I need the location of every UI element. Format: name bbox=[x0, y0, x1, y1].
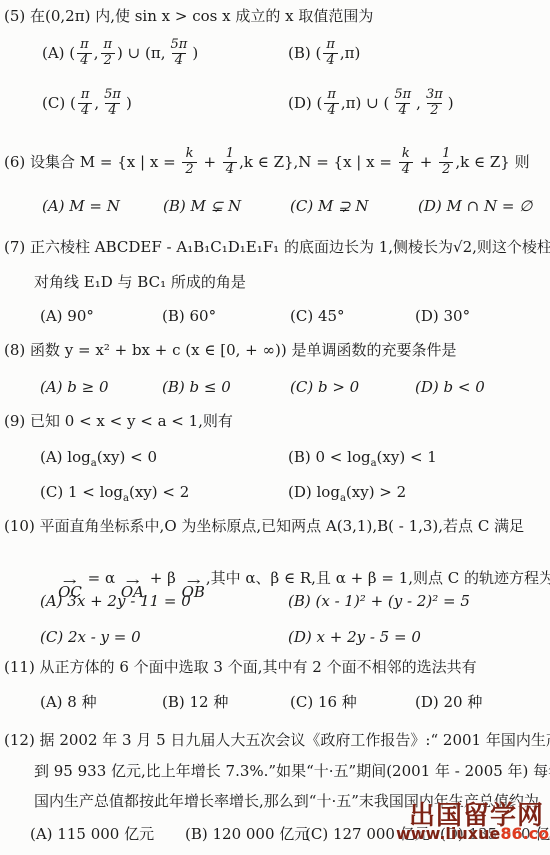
option-text: (C) 1 < log bbox=[40, 483, 123, 501]
q7-stem-line1: (7) 正六棱柱 ABCDEF - A₁B₁C₁D₁E₁F₁ 的底面边长为 1,… bbox=[4, 237, 550, 257]
q5-option-d: (D) (π4,π) ∪ (5π4,3π2) bbox=[288, 84, 454, 122]
q5-option-b: (B) (π4,π) bbox=[288, 34, 360, 72]
option-text: (B) ( bbox=[288, 43, 321, 63]
option-text: ,π) ∪ ( bbox=[341, 93, 389, 113]
option-text: ,π) bbox=[340, 43, 360, 63]
q12-option-a: (A) 115 000 亿元 bbox=[30, 824, 154, 844]
stem-text: + β bbox=[145, 569, 181, 587]
fraction-5pi-4: 5π4 bbox=[101, 88, 124, 118]
option-text: , bbox=[416, 93, 421, 113]
fraction-5pi-4: 5π4 bbox=[391, 88, 414, 118]
q10-option-a: (A) 3x + 2y - 11 = 0 bbox=[40, 591, 191, 611]
q9-option-a: (A) loga(xy) < 0 bbox=[40, 447, 157, 474]
q9-stem: (9) 已知 0 < x < y < a < 1,则有 bbox=[4, 411, 233, 431]
option-text: ) bbox=[448, 93, 454, 113]
q10-option-b: (B) (x - 1)² + (y - 2)² = 5 bbox=[288, 591, 470, 611]
q8-option-c: (C) b > 0 bbox=[290, 377, 359, 397]
q6-option-b: (B) M ⊊ N bbox=[163, 196, 241, 216]
q11-option-b: (B) 12 种 bbox=[162, 692, 228, 712]
exam-page: (5) 在(0,2π) 内,使 sin x > cos x 成立的 x 取值范围… bbox=[0, 0, 550, 855]
stem-text: + bbox=[199, 152, 221, 172]
q9-option-d: (D) loga(xy) > 2 bbox=[288, 482, 406, 509]
q11-stem: (11) 从正方体的 6 个面中选取 3 个面,其中有 2 个面不相邻的选法共有 bbox=[4, 657, 477, 677]
q11-option-a: (A) 8 种 bbox=[40, 692, 97, 712]
watermark-url-prefix: www.liuxue bbox=[396, 824, 500, 843]
fraction-1-4: 14 bbox=[223, 147, 237, 177]
q8-option-a: (A) b ≥ 0 bbox=[40, 377, 109, 397]
stem-text: ,k ∈ Z} 则 bbox=[455, 152, 529, 172]
fraction-pi-2: π2 bbox=[101, 38, 116, 68]
q12-stem-line2: 到 95 933 亿元,比上年增长 7.3%.”如果“十·五”期间(2001 年… bbox=[34, 761, 550, 781]
option-text: (xy) > 2 bbox=[346, 483, 406, 501]
q9-option-b: (B) 0 < loga(xy) < 1 bbox=[288, 447, 437, 474]
fraction-pi-4: π4 bbox=[323, 38, 338, 68]
fraction-k-4: k4 bbox=[399, 147, 413, 177]
q5-stem: (5) 在(0,2π) 内,使 sin x > cos x 成立的 x 取值范围… bbox=[4, 6, 373, 26]
q6-option-d: (D) M ∩ N = ∅ bbox=[418, 196, 532, 216]
fraction-5pi-4: 5π4 bbox=[167, 38, 190, 68]
q7-stem-line2: 对角线 E₁D 与 BC₁ 所成的角是 bbox=[34, 272, 246, 292]
vector-arrow-icon: → bbox=[63, 578, 77, 585]
q5-option-a: (A) (π4,π2) ∪ (π,5π4) bbox=[42, 34, 198, 72]
fraction-pi-4: π4 bbox=[78, 88, 93, 118]
q12-stem-line1: (12) 据 2002 年 3 月 5 日九届人大五次会议《政府工作报告》:“ … bbox=[4, 730, 550, 750]
option-text: (B) 0 < log bbox=[288, 448, 371, 466]
vector-arrow-icon: → bbox=[186, 578, 200, 585]
q12-option-b: (B) 120 000 亿元 bbox=[185, 824, 309, 844]
option-text: (D) ( bbox=[288, 93, 322, 113]
q6-option-a: (A) M = N bbox=[42, 196, 120, 216]
stem-text: = α bbox=[83, 569, 120, 587]
option-text: ) ∪ (π, bbox=[117, 43, 165, 63]
q10-option-d: (D) x + 2y - 5 = 0 bbox=[288, 627, 421, 647]
option-text: (A) ( bbox=[42, 43, 75, 63]
stem-text: ,其中 α、β ∈ R,且 α + β = 1,则点 C 的轨迹方程为 bbox=[206, 569, 550, 587]
q11-option-d: (D) 20 种 bbox=[415, 692, 482, 712]
vector-arrow-icon: → bbox=[126, 578, 140, 585]
option-text: , bbox=[94, 93, 99, 113]
fraction-pi-4: π4 bbox=[324, 88, 339, 118]
q8-option-d: (D) b < 0 bbox=[415, 377, 485, 397]
q10-stem-line1: (10) 平面直角坐标系中,O 为坐标原点,已知两点 A(3,1),B( - 1… bbox=[4, 516, 524, 536]
option-text: (xy) < 2 bbox=[129, 483, 189, 501]
q9-option-c: (C) 1 < loga(xy) < 2 bbox=[40, 482, 189, 509]
q5-option-c: (C) (π4,5π4) bbox=[42, 84, 132, 122]
option-text: ) bbox=[126, 93, 132, 113]
q8-option-b: (B) b ≤ 0 bbox=[162, 377, 231, 397]
fraction-pi-4: π4 bbox=[77, 38, 92, 68]
option-text: , bbox=[94, 43, 99, 63]
stem-text: (6) 设集合 M = {x | x = bbox=[4, 152, 180, 172]
watermark-url-suffix: 86.com bbox=[500, 824, 550, 843]
q7-option-a: (A) 90° bbox=[40, 306, 94, 326]
fraction-3pi-2: 3π2 bbox=[423, 88, 446, 118]
q11-option-c: (C) 16 种 bbox=[290, 692, 357, 712]
q7-option-d: (D) 30° bbox=[415, 306, 470, 326]
q6-stem: (6) 设集合 M = {x | x = k2 + 14,k ∈ Z},N = … bbox=[4, 143, 530, 181]
stem-text: + bbox=[415, 152, 437, 172]
option-text: (xy) < 0 bbox=[97, 448, 157, 466]
q7-option-c: (C) 45° bbox=[290, 306, 345, 326]
option-text: (D) log bbox=[288, 483, 340, 501]
option-text: (C) ( bbox=[42, 93, 76, 113]
option-text: ) bbox=[192, 43, 198, 63]
stem-text: ,k ∈ Z},N = {x | x = bbox=[239, 152, 397, 172]
q6-option-c: (C) M ⊋ N bbox=[290, 196, 369, 216]
option-text: (A) log bbox=[40, 448, 91, 466]
q8-stem: (8) 函数 y = x² + bx + c (x ∈ [0, + ∞)) 是单… bbox=[4, 340, 456, 360]
option-text: (xy) < 1 bbox=[377, 448, 437, 466]
q7-option-b: (B) 60° bbox=[162, 306, 216, 326]
fraction-k-2: k2 bbox=[182, 147, 196, 177]
fraction-1-2: 12 bbox=[439, 147, 453, 177]
q10-option-c: (C) 2x - y = 0 bbox=[40, 627, 141, 647]
watermark-url: www.liuxue86.com bbox=[396, 824, 550, 843]
